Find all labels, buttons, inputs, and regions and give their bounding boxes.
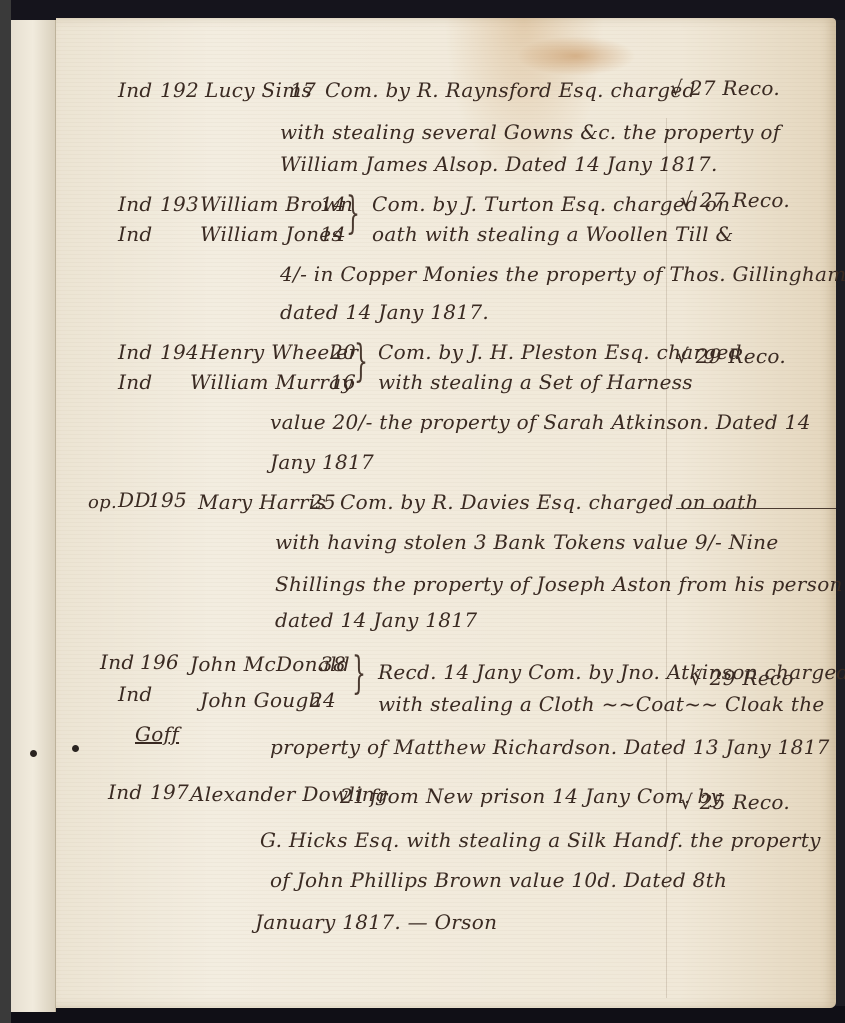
entry-line: property of Matthew Richardson. Dated 13… [270, 735, 830, 759]
entry-number: 197 [150, 780, 189, 804]
entry-line: G. Hicks Esq. with stealing a Silk Handf… [260, 828, 821, 852]
entry-line: with stealing a Cloth ~~Coat~~ Cloak the [378, 692, 825, 716]
tally-mark: √ 29 Reco [690, 666, 794, 690]
scan-bottom-edge [11, 1006, 845, 1023]
tally-mark: √ 29 Reco. [676, 344, 786, 368]
tally-mark: √ 25 Reco. [680, 790, 790, 814]
entry-status: DD [118, 488, 151, 512]
entry-line: January 1817. — Orson [255, 910, 497, 934]
entry-number: 192 [160, 78, 199, 102]
bracket: } [346, 188, 360, 239]
entry-line: William James Alsop. Dated 14 Jany 1817. [280, 152, 718, 176]
defendant-age: 17 [290, 78, 316, 102]
entry-status: Ind [100, 650, 134, 674]
entry-line: dated 14 Jany 1817. [280, 300, 489, 324]
entry-line: Shillings the property of Joseph Aston f… [275, 572, 843, 596]
entry-line: dated 14 Jany 1817 [275, 608, 477, 632]
entry-status: Ind [118, 222, 152, 246]
scan-top-edge [11, 0, 845, 20]
entry-line: value 20/- the property of Sarah Atkinso… [270, 410, 811, 434]
water-stain [516, 36, 636, 76]
entry-status: Ind [118, 682, 152, 706]
entry-number: 195 [148, 488, 187, 512]
defendant-age: 21 [340, 784, 366, 808]
entry-number: 196 [140, 650, 179, 674]
entry-line: Jany 1817 [270, 450, 374, 474]
entry-line: Com. by R. Davies Esq. charged on oath [340, 490, 759, 514]
defendant-name: William Murray [190, 370, 353, 394]
entry-line: with having stolen 3 Bank Tokens value 9… [275, 530, 778, 554]
defendant-age: 25 [310, 490, 336, 514]
entry-line: oath with stealing a Woollen Till & [372, 222, 734, 246]
defendant-age: 14 [320, 222, 346, 246]
entry-line: 4/- in Copper Monies the property of Tho… [280, 262, 845, 286]
defendant-name: Mary Harris [198, 490, 326, 514]
entry-status: Ind [118, 78, 152, 102]
defendant-age: 24 [310, 688, 336, 712]
entry-line: of John Phillips Brown value 10d. Dated … [270, 868, 727, 892]
defendant-age: 20 [330, 340, 356, 364]
previous-page-edge [11, 20, 56, 1012]
entry-status: Ind [118, 192, 152, 216]
entry-status: Ind [118, 370, 152, 394]
tally-mark: √ 27 Reco. [680, 188, 790, 212]
defendant-age: 16 [330, 370, 356, 394]
binding-hole [72, 745, 79, 752]
entry-line: with stealing several Gowns &c. the prop… [280, 120, 780, 144]
entry-line: Com. by R. Raynsford Esq. charged [325, 78, 696, 102]
margin-rule [666, 118, 667, 998]
entry-status: Ind [108, 780, 142, 804]
entry-number: 194 [160, 340, 199, 364]
viewer-left-edge [0, 0, 11, 1023]
entry-line: from New prison 14 Jany Com. by [370, 784, 722, 808]
entry-number: 193 [160, 192, 199, 216]
binding-hole [30, 750, 37, 757]
tally-mark: √ 27 Reco. [670, 76, 780, 100]
defendant-name: John Gough [200, 688, 322, 712]
margin-note: Goff [135, 722, 179, 746]
entry-line: Com. by J. Turton Esq. charged on [372, 192, 730, 216]
strike-line [676, 508, 836, 509]
entry-line: with stealing a Set of Harness [378, 370, 693, 394]
bracket: } [352, 648, 366, 699]
entry-status: Ind [118, 340, 152, 364]
defendant-age: 38 [320, 652, 346, 676]
defendant-age: 14 [320, 192, 346, 216]
bracket: } [354, 336, 368, 387]
entry-prefix: op. [88, 492, 117, 513]
